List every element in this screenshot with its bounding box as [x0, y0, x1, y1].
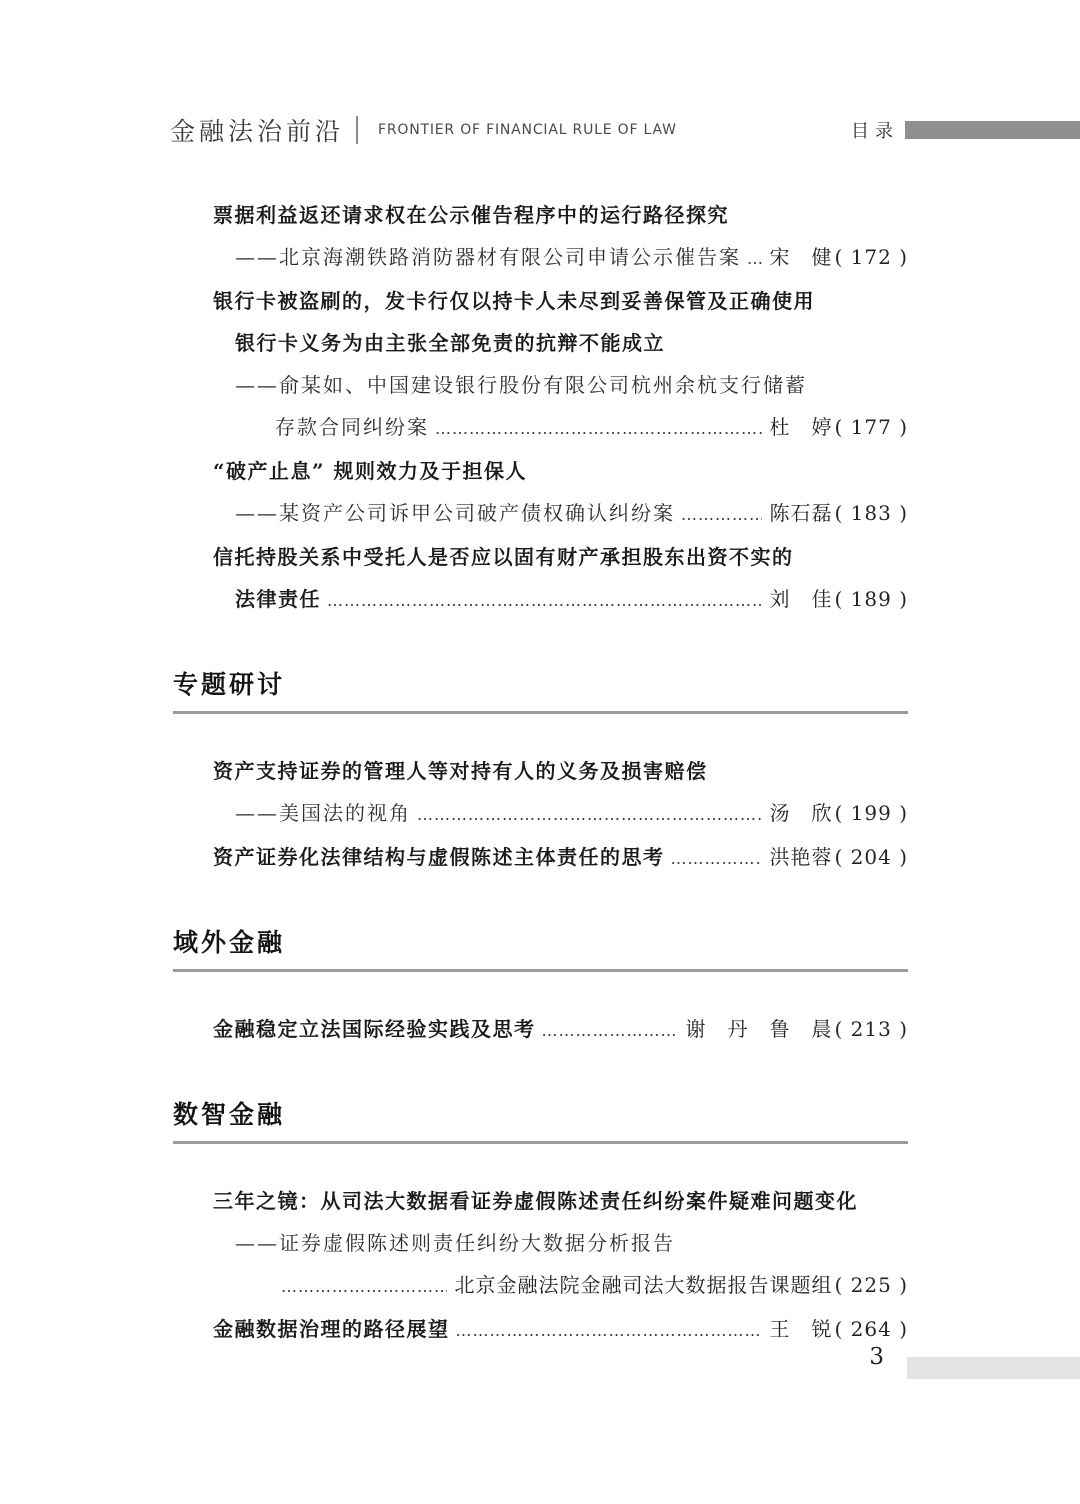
toc-row: …………………………………………………………………………………………………………… — [173, 1264, 908, 1308]
toc-section: 数智金融三年之镜：从司法大数据看证券虚假陈述责任纠纷案件疑难问题变化——证券虚假… — [173, 1098, 908, 1352]
section-heading: 专题研讨 — [173, 668, 908, 702]
toc-content: 票据利益返还请求权在公示催告程序中的运行路径探究——北京海潮铁路消防器材有限公司… — [173, 194, 908, 1352]
entry-text: 信托持股关系中受托人是否应以固有财产承担股东出资不实的 — [213, 536, 794, 578]
dot-leader: …………………………………………………………………………………………………………… — [281, 1266, 447, 1308]
entry-text: 资产支持证券的管理人等对持有人的义务及损害赔偿 — [213, 750, 708, 792]
entry-text: 银行卡义务为由主张全部免责的抗辩不能成立 — [235, 322, 665, 364]
toc-row: 资产证券化法律结构与虚假陈述主体责任的思考…………………………………………………… — [173, 836, 908, 880]
entry-page: ( 199 ) — [835, 792, 909, 834]
section-heading: 域外金融 — [173, 926, 908, 960]
entry-text: “破产止息” 规则效力及于担保人 — [213, 450, 527, 492]
entry-page: ( 213 ) — [835, 1008, 909, 1050]
document-page: 金融法治前沿 FRONTIER OF FINANCIAL RULE OF LAW… — [0, 0, 1080, 1504]
toc-section: 域外金融金融稳定立法国际经验实践及思考………………………………………………………… — [173, 926, 908, 1052]
entry-text: 金融稳定立法国际经验实践及思考 — [213, 1008, 536, 1050]
entry-text: ——美国法的视角 — [235, 792, 411, 834]
toc-label: 目录 — [851, 117, 899, 143]
entry-page: ( 189 ) — [835, 578, 909, 620]
dot-leader: …………………………………………………………………………………………………………… — [456, 1310, 762, 1352]
footer-accent-bar — [907, 1357, 1080, 1379]
dot-leader: …………………………………………………………………………………………………………… — [681, 494, 762, 536]
toc-row: “破产止息” 规则效力及于担保人 — [173, 450, 908, 492]
toc-row: ——北京海潮铁路消防器材有限公司申请公示催告案……………………………………………… — [173, 236, 908, 280]
toc-row: ——美国法的视角……………………………………………………………………………………… — [173, 792, 908, 836]
section-rule — [173, 969, 908, 972]
toc-row: ——证券虚假陈述则责任纠纷大数据分析报告 — [173, 1222, 908, 1264]
entry-author: 宋 健 — [770, 236, 833, 278]
dot-leader: …………………………………………………………………………………………………………… — [671, 838, 762, 880]
dot-leader: …………………………………………………………………………………………………………… — [327, 580, 762, 622]
toc-row: 银行卡被盗刷的，发卡行仅以持卡人未尽到妥善保管及正确使用 — [173, 280, 908, 322]
entry-author: 汤 欣 — [770, 792, 833, 834]
header-divider — [356, 116, 358, 144]
toc-row: 金融稳定立法国际经验实践及思考…………………………………………………………………… — [173, 1008, 908, 1052]
header-accent-bar — [905, 121, 1080, 139]
entry-text: ——北京海潮铁路消防器材有限公司申请公示催告案 — [235, 236, 741, 278]
entry-page: ( 183 ) — [835, 492, 909, 534]
section-rule — [173, 1141, 908, 1144]
header-right: 目录 — [851, 117, 1080, 143]
entry-text: 资产证券化法律结构与虚假陈述主体责任的思考 — [213, 836, 665, 878]
entry-text: 法律责任 — [235, 578, 321, 620]
entry-text: ——证券虚假陈述则责任纠纷大数据分析报告 — [235, 1222, 675, 1264]
journal-title-en: FRONTIER OF FINANCIAL RULE OF LAW — [378, 122, 677, 138]
entry-text: 三年之镜：从司法大数据看证券虚假陈述责任纠纷案件疑难问题变化 — [213, 1180, 858, 1222]
dot-leader: …………………………………………………………………………………………………………… — [435, 408, 762, 450]
toc-row: 信托持股关系中受托人是否应以固有财产承担股东出资不实的 — [173, 536, 908, 578]
toc-row: 三年之镜：从司法大数据看证券虚假陈述责任纠纷案件疑难问题变化 — [173, 1180, 908, 1222]
toc-row: ——俞某如、中国建设银行股份有限公司杭州余杭支行储蓄 — [173, 364, 908, 406]
entry-author: 北京金融法院金融司法大数据报告课题组 — [455, 1264, 833, 1306]
entry-text: ——俞某如、中国建设银行股份有限公司杭州余杭支行储蓄 — [235, 364, 807, 406]
dot-leader: …………………………………………………………………………………………………………… — [747, 238, 762, 280]
toc-row: 金融数据治理的路径展望……………………………………………………………………………… — [173, 1308, 908, 1352]
entry-author: 陈石磊 — [770, 492, 833, 534]
entry-author: 洪艳蓉 — [770, 836, 833, 878]
toc-section: 专题研讨资产支持证券的管理人等对持有人的义务及损害赔偿——美国法的视角……………… — [173, 668, 908, 880]
dot-leader: …………………………………………………………………………………………………………… — [542, 1010, 678, 1052]
entry-text: 金融数据治理的路径展望 — [213, 1308, 450, 1350]
entry-author: 谢 丹 鲁 晨 — [686, 1008, 833, 1050]
entry-page: ( 172 ) — [835, 236, 909, 278]
page-number: 3 — [869, 1344, 884, 1370]
page-header: 金融法治前沿 FRONTIER OF FINANCIAL RULE OF LAW… — [170, 112, 1080, 148]
toc-row: ——某资产公司诉甲公司破产债权确认纠纷案……………………………………………………… — [173, 492, 908, 536]
entry-text: ——某资产公司诉甲公司破产债权确认纠纷案 — [235, 492, 675, 534]
section-rule — [173, 711, 908, 714]
entry-text: 票据利益返还请求权在公示催告程序中的运行路径探究 — [213, 194, 729, 236]
dot-leader: …………………………………………………………………………………………………………… — [417, 794, 762, 836]
entry-page: ( 225 ) — [835, 1264, 909, 1306]
entry-author: 刘 佳 — [770, 578, 833, 620]
entry-page: ( 204 ) — [835, 836, 909, 878]
toc-section: 票据利益返还请求权在公示催告程序中的运行路径探究——北京海潮铁路消防器材有限公司… — [173, 194, 908, 622]
toc-row: 银行卡义务为由主张全部免责的抗辩不能成立 — [173, 322, 908, 364]
toc-row: 法律责任………………………………………………………………………………………………… — [173, 578, 908, 622]
entry-author: 杜 婷 — [770, 406, 833, 448]
toc-row: 资产支持证券的管理人等对持有人的义务及损害赔偿 — [173, 750, 908, 792]
entry-page: ( 177 ) — [835, 406, 909, 448]
entry-text: 银行卡被盗刷的，发卡行仅以持卡人未尽到妥善保管及正确使用 — [213, 280, 815, 322]
journal-title-cn: 金融法治前沿 — [170, 112, 344, 148]
toc-row: 存款合同纠纷案………………………………………………………………………………………… — [173, 406, 908, 450]
entry-author: 王 锐 — [770, 1308, 833, 1350]
toc-row: 票据利益返还请求权在公示催告程序中的运行路径探究 — [173, 194, 908, 236]
section-heading: 数智金融 — [173, 1098, 908, 1132]
entry-text: 存款合同纠纷案 — [275, 406, 429, 448]
